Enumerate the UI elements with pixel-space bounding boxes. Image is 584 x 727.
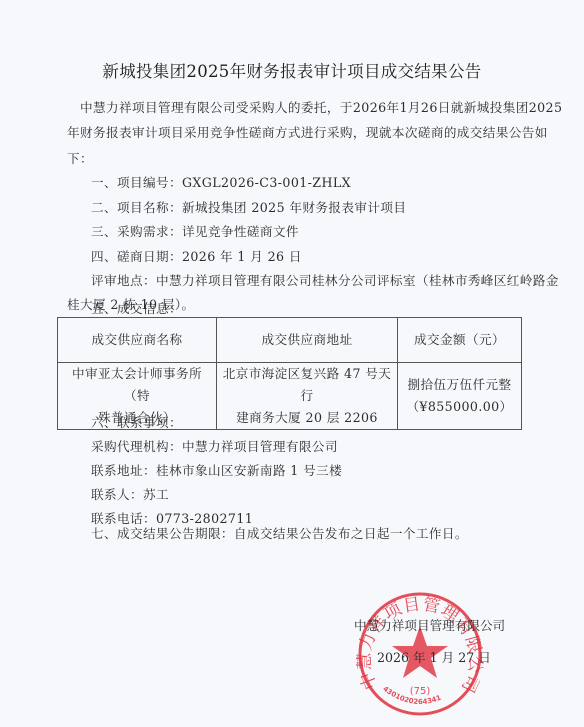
- cell-deal-amount: 捌拾伍万伍仟元整 （¥855000.00）: [398, 363, 522, 430]
- contact-address: 联系地址：桂林市象山区安新南路 1 号三楼: [91, 460, 342, 479]
- supplier-name-line-1: 中审亚太会计师事务所（特: [62, 363, 212, 407]
- contact-agency: 采购代理机构：中慧力祥项目管理有限公司: [91, 436, 338, 455]
- header-supplier-address: 成交供应商地址: [217, 318, 398, 363]
- amount-in-words: 捌拾伍万伍仟元整: [402, 374, 517, 396]
- procurement-requirement: 三、采购需求：详见竞争性磋商文件: [91, 221, 299, 240]
- project-name: 二、项目名称：新城投集团 2025 年财务报表审计项目: [91, 197, 406, 216]
- intro-line-2: 年财务报表审计项目采用竞争性磋商方式进行采购，现就本次磋商的成交结果公告如: [67, 122, 548, 141]
- signature-company: 中慧力祥项目管理有限公司: [354, 615, 505, 634]
- page-title: 新城投集团2025年财务报表审计项目成交结果公告: [0, 58, 584, 82]
- supplier-address-line-1: 北京市海淀区复兴路 47 号天行: [221, 363, 393, 407]
- project-number: 一、项目编号：GXGL2026-C3-001-ZHLX: [91, 172, 351, 191]
- announcement-period: 七、成交结果公告期限：自成交结果公告发布之日起一个工作日。: [91, 523, 468, 542]
- intro-line-1: 中慧力祥项目管理有限公司受采购人的委托，于2026年1月26日就新城投集团202…: [80, 97, 562, 116]
- negotiation-date: 四、磋商日期：2026 年 1 月 26 日: [91, 246, 302, 265]
- contact-person: 联系人：苏工: [91, 484, 169, 503]
- cell-supplier-address: 北京市海淀区复兴路 47 号天行 建商务大厦 20 层 2206: [217, 363, 398, 430]
- header-supplier-name: 成交供应商名称: [58, 318, 217, 363]
- intro-line-3: 下：: [67, 148, 93, 167]
- table-header-row: 成交供应商名称 成交供应商地址 成交金额（元）: [58, 318, 522, 363]
- supplier-address-line-2: 建商务大厦 20 层 2206: [221, 407, 393, 429]
- review-venue-line-1: 评审地点：中慧力祥项目管理有限公司桂林分公司评标室（桂林市秀峰区红岭路金: [91, 270, 559, 289]
- amount-in-figures: （¥855000.00）: [402, 396, 517, 418]
- header-deal-amount: 成交金额（元）: [398, 318, 522, 363]
- contact-heading: 六、联系事项：: [91, 412, 182, 431]
- signature-date: 2026 年 1 月 27 日: [377, 647, 491, 666]
- deal-info-heading: 五、成交信息：: [91, 298, 182, 317]
- svg-text:(75): (75): [410, 686, 431, 697]
